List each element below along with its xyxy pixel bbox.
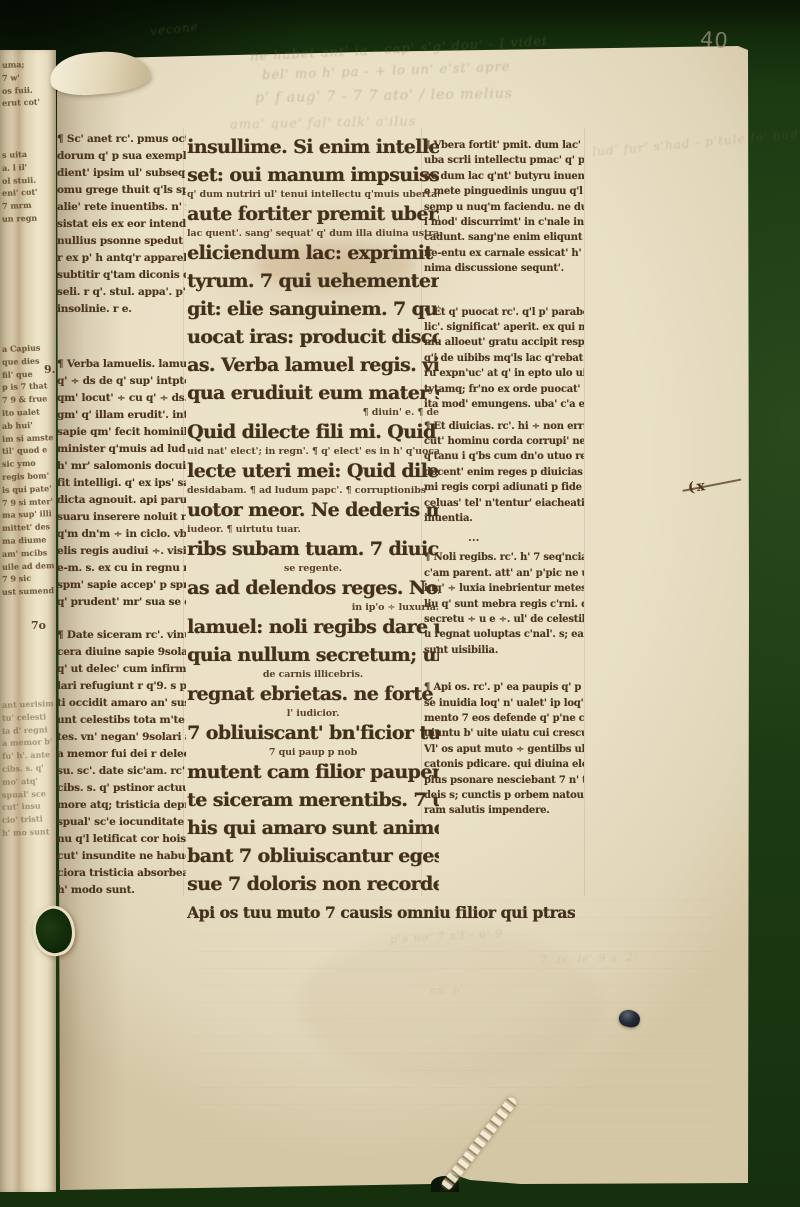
main-text-line: regnat ebrietas. ne forte bibant. [187,680,439,708]
right-gloss-line: secretu ÷ u e ÷. ul' de celestibs cognat… [424,612,584,627]
main-text-line: set: oui manum impsuisset. d [187,161,439,189]
left-gloss-line: unt celestibs tota m'te 9herc' [57,712,186,729]
right-gloss-line: u regnat uoluptas c'nal'. s; ea foru q' [424,627,584,642]
main-text-line: git: elie sanguinem. 7 qui pro [187,295,439,323]
left-gloss-paragraph: ¶ Sc' anet rc'. pmus octo tal'dorum q' p… [57,131,186,318]
right-gloss-line: ne-entu ex carnale essicat' h' q'l in [424,246,584,261]
main-text-line: 7 qui paup p nob [187,747,439,758]
right-gloss-line: i mod' discurrimt' in c'nale intellem [424,215,584,230]
right-gloss-line: ram salutis impendere. [424,803,584,818]
right-gloss-line: cut' hominu corda corrupi' ne celestia [424,434,584,449]
main-text-line: q' dum nutriri ul' tenui intellectu q'mu… [187,189,439,200]
right-gloss-line: c'am parent. att' an' p'pic ne uino [424,566,584,581]
left-gloss-line: q' ÷ ds de q' sup' intpto. visio [57,373,186,390]
left-gloss-line: omu grege thuit q'ls spu [57,182,186,199]
margin-mark: 7o [31,620,46,631]
main-text-line: 7 obliuiscant' bn'ficior tuor. 7 [187,719,439,747]
main-text-line: ¶ diuin' e. ¶ de [187,407,439,418]
left-gloss-line: ¶ Sc' anet rc'. pmus octo tal' [57,131,186,148]
main-text-line: desidabam. ¶ ad ludum papc'. ¶ corruptio… [187,485,439,496]
right-gloss-column: ¶ Vbera fortit' pmit. dum lac' eloq'uba … [424,138,584,819]
left-gloss-line: ¶ Date siceram rc'. vinu r si [57,627,186,644]
left-gloss-line: nullius psonne spedut pot [57,233,186,250]
main-text-line: ribs subam tuam. 7 diuicias tu [187,535,439,563]
main-text-line: insullime. Si enim intellexis [187,133,439,161]
main-text-line: tyrum. 7 qui uehementer emu [187,267,439,295]
right-gloss-line: uba scrli intellectu pmac' q' psuo [424,153,584,168]
right-gloss-paragraph: ¶ Noli regibs. rc'. h' 7 seq'ncia ad lit… [424,550,584,658]
main-text-line: qua erudiuit eum mater sua. [187,379,439,407]
main-text-line: bant 7 obliuiscantur egestatis [187,842,439,870]
main-text-line: quia nullum secretum; ubi [187,641,439,669]
folio-number: 40 [699,29,729,52]
main-text-line: te siceram merentibs. 7 uinum [187,786,439,814]
left-gloss-line: h' mr' salomonis docuisse p' [57,458,186,475]
right-gloss-line: ne dum lac q'nt' butyru inuenit' [424,169,584,184]
right-gloss-line: liu q' sunt mebra regis c'rni. qr nullu [424,597,584,612]
main-text-line: de carnis illicebris. [187,669,439,680]
left-gloss-line: minister q'muis ad ludim' [57,441,186,458]
right-gloss-line: ru expn'uc' at q' in epto ulo uiam [424,366,584,381]
faded-margin-note: vecone [149,19,199,38]
left-gloss-line: ¶ Verba lamuelis. lamuel i [57,356,186,373]
left-gloss-line: a memor fui dei r delectatus [57,746,186,763]
left-gloss-line: e-m. s. ex cu in regnu michis [57,560,186,577]
main-text-line: lamuel: noli regibs dare uinu. [187,613,439,641]
left-gloss-line: dient' ipsim ul' subseq'nt' [57,165,186,182]
left-gloss-line: elis regis audiui ÷. visio q' eru [57,543,186,560]
main-text-line: in ip'o ÷ luxuria. [187,602,439,613]
right-gloss-line: inuentia. [424,511,584,526]
right-gloss-paragraph: ¶ Et q' puocat rc'. q'l p' parabola adli… [424,305,584,413]
left-gloss-line: gm' q' illam erudit'. intellect' [57,407,186,424]
right-gloss-line: Vl' os aput muto ÷ gentilbs ubu pdi [424,742,584,757]
left-gloss-line: q'm dn'm ÷ in ciclo. vba lamu [57,526,186,543]
main-text-line: as ad delendos reges. Noli regib [187,574,439,602]
right-gloss-line: se inuidia loq' n' ualet' ip loq' me [424,696,584,711]
facing-page-edge: uma;7 w'os fuii.erut cot' s uitaa. l il'… [0,50,56,1192]
faded-margin-note: nu' p' [430,984,465,997]
facing-page-fragment-cluster: uma;7 w'os fuii.erut cot' [0,58,54,109]
left-gloss-line: suaru inserere noluit r io p' [57,509,186,526]
main-text-line: l' iudicior. [187,708,439,719]
left-gloss-line: q' prudent' mr' sua se docuit. [57,594,186,611]
main-text-line: eliciendum lac: exprimit bu [187,239,439,267]
left-gloss-line: ti occidit amaro an' suscip' [57,695,186,712]
left-gloss-line: seli. r q'. stul. appa'. p' esm. ele [57,284,186,301]
main-text-line: lac quent'. sang' sequat' q' dum illa di… [187,228,439,239]
main-text-column: insullime. Si enim intellexisset: oui ma… [187,133,439,928]
right-gloss-line: ¶ Et q' puocat rc'. q'l p' parabola ad [424,305,584,320]
main-text-line: uid nat' elect'; in regn'. ¶ q' elect' e… [187,446,439,457]
manuscript-photo: uma;7 w'os fuii.erut cot' s uitaa. l il'… [0,0,800,1207]
left-gloss-line: more atq; tristicia depmunt' [57,797,186,814]
main-text-line: his qui amaro sunt animo. bi [187,814,439,842]
right-gloss-line: mento 7 eos defende q' p'ne celestis' [424,711,584,726]
left-gloss-line: insolinie. r e. [57,301,186,318]
right-gloss-line: lic'. significat' aperit. ex qui morelle… [424,320,584,335]
facing-page-text-fragment: un regn [0,211,54,226]
left-gloss-line: cut' insundite ne habudan [57,848,186,865]
right-gloss-line: docent' enim reges p diuicias q'u tu [424,465,584,480]
right-gloss-paragraph: ¶ Vbera fortit' pmit. dum lac' eloq'uba … [424,138,584,277]
left-gloss-line: alie' rete inuentibs. n' r q' re [57,199,186,216]
right-gloss-line: ¶ Api os. rc'. p' ea paupis q' p se ul' … [424,680,584,695]
main-text-line: mutent cam filior pauperis. Da [187,758,439,786]
right-gloss-line: ¶ Et diuicias. rc'. hi ÷ non erranf dei [424,419,584,434]
left-gloss-line: cera diuine sapie 9solato. [57,644,186,661]
left-gloss-line: su. sc'. date sic'am. rc'. ponit' [57,763,186,780]
right-gloss-line: semp u nuq'm faciendu. ne dum [424,200,584,215]
main-text-line: aute fortiter premit ubera ad [187,200,439,228]
left-gloss-line: ciora tristicia absorbeantur q' [57,865,186,882]
facing-page-fragment-cluster: s uitaa. l il'ol stuii.eni' cot'7 mrmun … [0,148,54,225]
right-gloss-line: deis s; cunctis p orbem natouibs: cu [424,788,584,803]
right-gloss-line: pius psonare nesciebant 7 n' tn' iu [424,773,584,788]
right-gloss-line: q'i de uibibs mq'ls lac q'rebat: buty [424,351,584,366]
column-ruling-line [584,128,585,896]
left-gloss-paragraph: ¶ Date siceram rc'. vinu r sicera diuine… [57,627,186,899]
facing-page-text-fragment: h' mo sunt [0,825,54,840]
main-text-line: Api os tuu muto 7 causis omniu filior qu… [187,898,575,928]
left-gloss-line: sapie qm' fecit hominibs ip' [57,424,186,441]
facing-page-text-fragment: ust sumend [0,584,54,599]
left-gloss-line: fit intelligi. q' ex ips' sapient' [57,475,186,492]
right-gloss-paragraph: ¶ Api os. rc'. p' ea paupis q' p se ul' … [424,680,584,819]
left-gloss-line: lari refugiunt r q'9. s psen [57,678,186,695]
main-text-line: uocat iras: producit discordi [187,323,439,351]
left-gloss-line: cibs. s. q' pstinor actuu me [57,780,186,797]
left-gloss-line: dorum q' p sua exempla g' [57,148,186,165]
right-gloss-line: ita mod' emungens. uba' c'a euc'. [424,397,584,412]
facing-page-fragment-cluster: a Capiusque diesfil' quep is 7 that7 9 &… [0,342,54,598]
left-gloss-line: qm' locut' ÷ cu q' ÷ ds. apc' di [57,390,186,407]
main-text-line: lecte uteri mei: Quid dilecte [187,457,439,485]
main-text-line: sue 7 doloris non recordent' apli. [187,870,439,898]
right-gloss-line: ¶ Noli regibs. rc'. h' 7 seq'ncia ad lit… [424,550,584,565]
right-gloss-line: mu alloeut' gratu accipit resposu [424,335,584,350]
left-gloss-line: r ex p' h antq'r apparebit' [57,250,186,267]
right-gloss-line: celuas' tel' n'tentur' eiacheati de c'ta [424,496,584,511]
left-gloss-line: nu q'l letificat cor hois a sc'u [57,831,186,848]
right-gloss-paragraph: ¶ Et diuicias. rc'. hi ÷ non erranf deic… [424,419,584,527]
right-gloss-line: mi regis corpi adiunati p fide p ille [424,480,584,495]
left-gloss-line: q' ut delec' cum infirmis 9so [57,661,186,678]
right-gloss-line: ¶ Vbera fortit' pmit. dum lac' eloq' [424,138,584,153]
facing-page-text-fragment: erut cot' [0,95,54,110]
edge-annotation-mark: (x [687,479,708,495]
right-gloss-line: nima discussione sequnt'. [424,261,584,276]
right-gloss-line: cadunt. sang'ne enim eliqunt q' [424,230,584,245]
facing-page-text-fragment: am' mcibs [0,546,54,561]
right-gloss-line: sunt uisibilia. [424,643,584,658]
left-gloss-line: spual' sc'e iocunditate nt in [57,814,186,831]
left-gloss-line: h' modo sunt. [57,882,186,899]
left-gloss-line: subtitir q'tam diconis q'. iod' [57,267,186,284]
main-text-line: as. Verba lamuel regis. visio [187,351,439,379]
right-gloss-line: uiuntu b' uite uiatu cui crescunt [424,726,584,741]
main-text-line: Quid dilecte fili mi. Quid di [187,418,439,446]
left-gloss-line: sistat eis ex eor intendus [57,216,186,233]
right-gloss-line: catonis pdicare. qui diuina eloquia [424,757,584,772]
left-gloss-line: tes. vn' negan' 9solari aia me [57,729,186,746]
left-gloss-line: spm' sapie accep' p spm' udit' [57,577,186,594]
left-gloss-paragraph: ¶ Verba lamuelis. lamuel iq' ÷ ds de q' … [57,356,186,611]
right-gloss-line: q'tanu i q'bs cum dn'o utuo regnet' [424,449,584,464]
left-gloss-column: ¶ Sc' anet rc'. pmus octo tal'dorum q' p… [57,131,186,915]
right-gloss-line: inq' ÷ luxia inebrientur metes fide [424,581,584,596]
main-text-line: iudeor. ¶ uirtutu tuar. [187,524,439,535]
facing-page-fragment-cluster: ant uerisimtu' celestiia d' regnia memor… [0,698,54,839]
main-text-line: se regente. [187,563,439,574]
main-text-line: uotor meor. Ne dederis mulie [187,496,439,524]
right-gloss-line: tytamq; fr'no ex orde puocat' q'stul [424,382,584,397]
margin-mark: 9. [44,364,55,375]
right-gloss-line: e mete pinguedinis unguu q'l n' [424,184,584,199]
margin-mark: ... [468,532,480,543]
left-gloss-line: dicta agnouit. api parulat' [57,492,186,509]
